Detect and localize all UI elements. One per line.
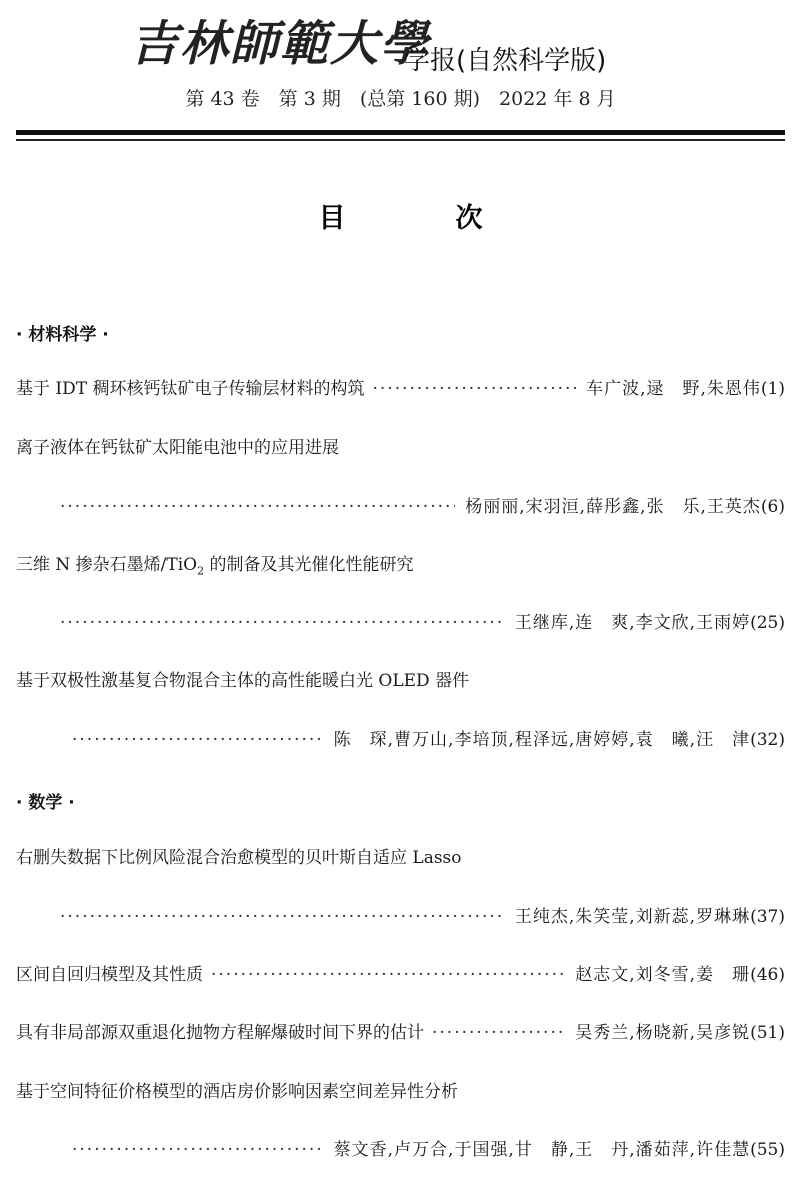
- section-label: · 数学 ·: [16, 793, 75, 813]
- article-page: (37): [750, 904, 785, 930]
- article-authors: 车广波,逯 野,朱恩伟: [586, 376, 761, 402]
- article-authors: 王继库,连 爽,李文欣,王雨婷: [515, 610, 750, 636]
- article-page: (6): [761, 494, 785, 520]
- toc-entry[interactable]: 具有非局部源双重退化抛物方程解爆破时间下界的估计 吴秀兰,杨晓新,吴彦锐 (51…: [16, 1020, 785, 1046]
- article-title: 右删失数据下比例风险混合治愈模型的贝叶斯自适应 Lasso: [16, 845, 462, 871]
- section-heading-materials: · 材料科学 ·: [16, 320, 109, 345]
- toc-entry[interactable]: 基于 IDT 稠环核钙钛矿电子传输层材料的构筑 车广波,逯 野,朱恩伟 (1): [16, 376, 785, 402]
- dot-leader: [72, 1137, 324, 1163]
- toc-entry[interactable]: 三维 N 掺杂石墨烯/TiO2 的制备及其光催化性能研究: [16, 552, 785, 578]
- article-page: (32): [750, 727, 785, 753]
- toc-title: 目次: [0, 196, 801, 235]
- dot-leader: [373, 376, 579, 402]
- section-heading-math: · 数学 ·: [16, 788, 75, 813]
- dot-leader: [211, 962, 567, 988]
- article-title: 区间自回归模型及其性质: [16, 962, 203, 988]
- article-authors: 王纯杰,朱笑莹,刘新蕊,罗琳琳: [515, 904, 750, 930]
- dot-leader: [72, 727, 324, 753]
- toc-entry[interactable]: 右删失数据下比例风险混合治愈模型的贝叶斯自适应 Lasso: [16, 845, 785, 871]
- article-authors: 赵志文,刘冬雪,姜 珊: [575, 962, 750, 988]
- toc-entry[interactable]: 基于双极性激基复合物混合主体的高性能暖白光 OLED 器件: [16, 668, 785, 694]
- toc-entry[interactable]: 区间自回归模型及其性质 赵志文,刘冬雪,姜 珊 (46): [16, 962, 785, 988]
- article-title: 三维 N 掺杂石墨烯/TiO2 的制备及其光催化性能研究: [16, 552, 414, 584]
- journal-subtitle: 学报(自然科学版): [404, 44, 606, 78]
- article-page: (51): [750, 1020, 785, 1046]
- section-label: · 材料科学 ·: [16, 325, 109, 345]
- toc-entry[interactable]: 基于空间特征价格模型的酒店房价影响因素空间差异性分析: [16, 1079, 785, 1105]
- article-title: 基于双极性激基复合物混合主体的高性能暖白光 OLED 器件: [16, 668, 469, 694]
- article-page: (46): [750, 962, 785, 988]
- article-authors: 吴秀兰,杨晓新,吴彦锐: [575, 1020, 750, 1046]
- dot-leader: [60, 904, 505, 930]
- article-title: 离子液体在钙钛矿太阳能电池中的应用进展: [16, 435, 339, 461]
- university-name-calligraphy: 吉林師範大學: [130, 14, 430, 74]
- article-authors: 杨丽丽,宋羽洹,薛彤鑫,张 乐,王英杰: [465, 494, 761, 520]
- issue-info: 第 43 卷 第 3 期 (总第 160 期) 2022 年 8 月: [0, 86, 801, 112]
- toc-entry-continuation[interactable]: 杨丽丽,宋羽洹,薛彤鑫,张 乐,王英杰 (6): [60, 494, 785, 520]
- toc-entry-continuation[interactable]: 陈 琛,曹万山,李培顶,程泽远,唐婷婷,袁 曦,汪 津 (32): [72, 727, 785, 753]
- header-rule-thin: [16, 139, 785, 141]
- article-title: 具有非局部源双重退化抛物方程解爆破时间下界的估计: [16, 1020, 424, 1046]
- article-authors: 陈 琛,曹万山,李培顶,程泽远,唐婷婷,袁 曦,汪 津: [334, 727, 750, 753]
- dot-leader: [432, 1020, 567, 1046]
- toc-entry-continuation[interactable]: 王纯杰,朱笑莹,刘新蕊,罗琳琳 (37): [60, 904, 785, 930]
- article-authors: 蔡文香,卢万合,于国强,甘 静,王 丹,潘茹萍,许佳慧: [334, 1137, 750, 1163]
- article-title: 基于 IDT 稠环核钙钛矿电子传输层材料的构筑: [16, 376, 365, 402]
- article-page: (25): [750, 610, 785, 636]
- toc-entry[interactable]: 离子液体在钙钛矿太阳能电池中的应用进展: [16, 435, 785, 461]
- toc-entry-continuation[interactable]: 王继库,连 爽,李文欣,王雨婷 (25): [60, 610, 785, 636]
- toc-entry-continuation[interactable]: 蔡文香,卢万合,于国强,甘 静,王 丹,潘茹萍,许佳慧 (55): [72, 1137, 785, 1163]
- article-page: (55): [750, 1137, 785, 1163]
- dot-leader: [60, 494, 455, 520]
- article-page: (1): [761, 376, 785, 402]
- article-title: 基于空间特征价格模型的酒店房价影响因素空间差异性分析: [16, 1079, 458, 1105]
- masthead: 吉林師範大學 学报(自然科学版) 第 43 卷 第 3 期 (总第 160 期)…: [0, 0, 801, 150]
- dot-leader: [60, 610, 505, 636]
- header-rule-thick: [16, 130, 785, 135]
